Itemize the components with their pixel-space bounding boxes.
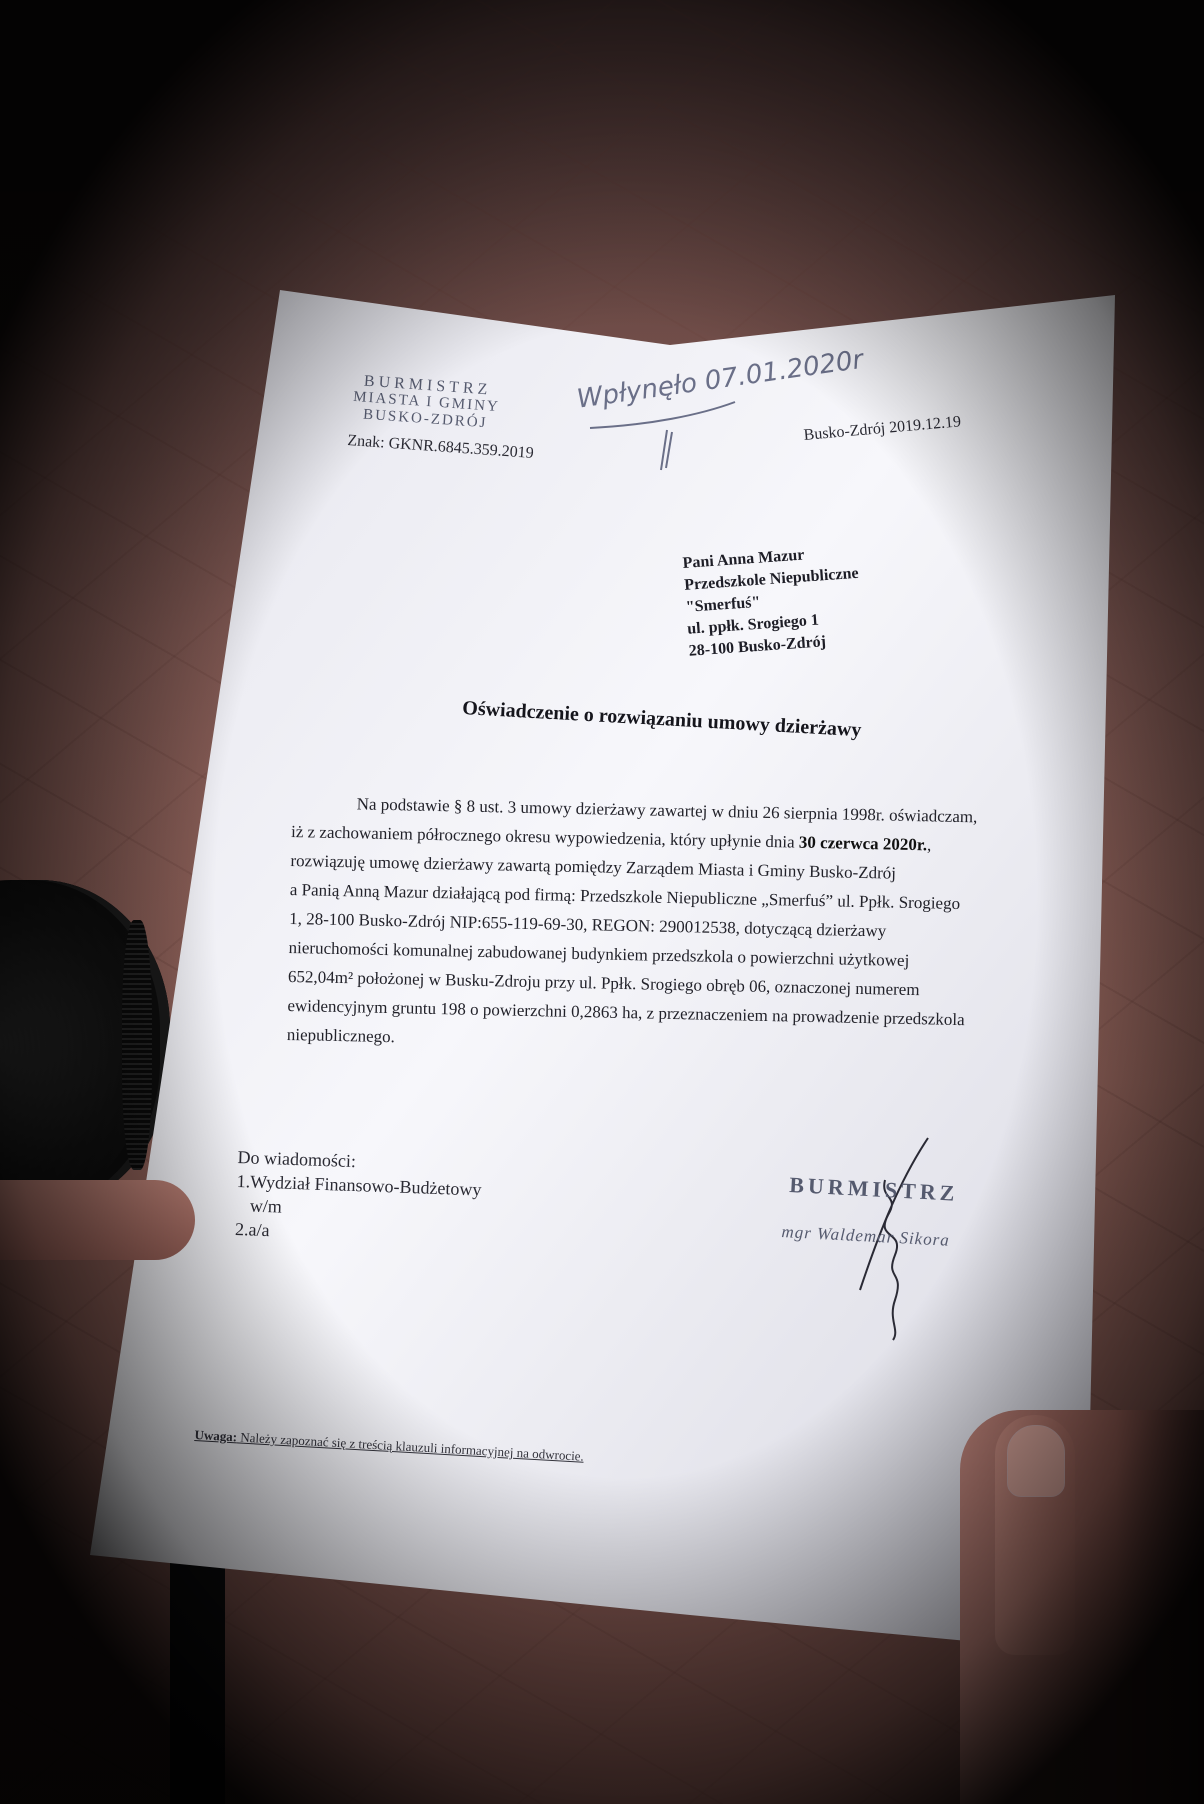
header-stamp: BURMISTRZ MIASTA I GMINY BUSKO-ZDRÓJ — [351, 372, 501, 433]
recipient-address: Pani Anna Mazur Przedszkole Niepubliczne… — [682, 541, 864, 663]
termination-date: 30 czerwca 2020r. — [799, 833, 928, 855]
body-text: Na podstawie § 8 ust. 3 umowy dzierżawy … — [287, 788, 978, 1063]
distribution-list: Do wiadomości: 1.Wydział Finansowo-Budże… — [235, 1145, 483, 1249]
note-label: Uwaga: — [194, 1427, 237, 1444]
right-thumb — [995, 1415, 1075, 1655]
left-finger — [0, 1180, 195, 1260]
